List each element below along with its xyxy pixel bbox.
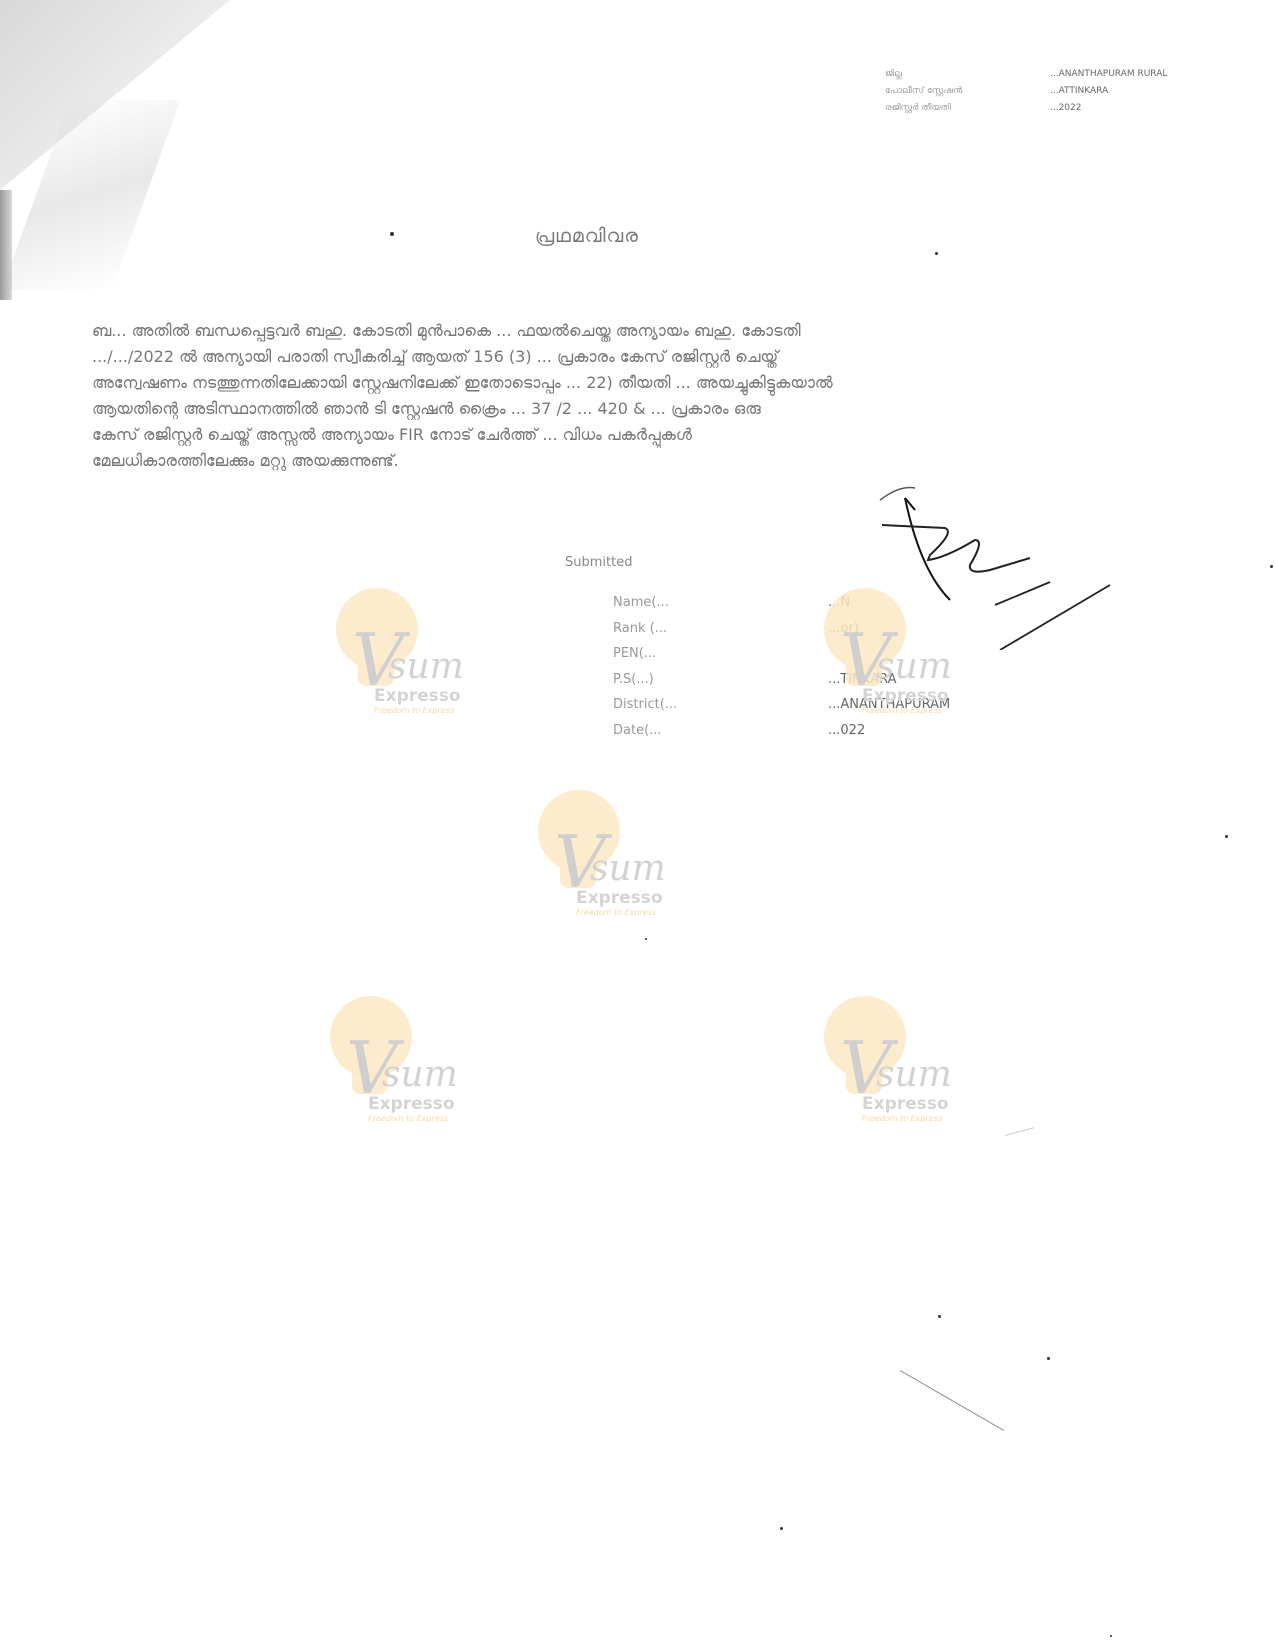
scan-speck xyxy=(1110,1635,1112,1637)
watermark-logo: V sum Expresso Freedom to Express xyxy=(520,790,670,920)
body-line: കേസ് രജിസ്റ്റർ ചെയ്ത് അസ്സൽ അന്യായം FIR … xyxy=(92,422,1067,448)
watermark-tagline: Freedom to Express xyxy=(576,908,656,917)
watermark-logo: V sum Expresso Freedom to Express xyxy=(806,996,956,1126)
body-line: അന്വേഷണം നടത്തുന്നതിലേക്കായി സ്റ്റേഷനിലേ… xyxy=(92,370,1067,396)
watermark-tagline: Freedom to Express xyxy=(862,706,942,715)
watermark-brand: Expresso xyxy=(862,1094,949,1114)
scan-speck xyxy=(938,1315,941,1318)
scan-speck xyxy=(1270,565,1273,568)
document-header: ജില്ല ...ANANTHAPURAM RURAL പോലീസ് സ്റ്റ… xyxy=(885,66,1167,117)
scan-speck xyxy=(645,938,647,940)
header-row-station: പോലീസ് സ്റ്റേഷൻ ...ATTINKARA xyxy=(885,83,1167,100)
watermark-brand: Expresso xyxy=(368,1094,455,1114)
watermark-logo: V sum Expresso Freedom to Express xyxy=(318,588,468,718)
scan-speck xyxy=(935,252,938,255)
watermark-logo: V sum Expresso Freedom to Express xyxy=(312,996,462,1126)
watermark-script: sum xyxy=(388,646,464,687)
scan-speck xyxy=(1225,835,1228,838)
watermark-tagline: Freedom to Express xyxy=(374,706,454,715)
field-date: Date(......022 xyxy=(613,718,950,744)
watermark-script: sum xyxy=(590,848,666,889)
watermark-script: sum xyxy=(876,646,952,687)
watermark-tagline: Freedom to Express xyxy=(862,1114,942,1123)
scan-speck xyxy=(1047,1357,1050,1360)
body-line: ആയതിന്റെ അടിസ്ഥാനത്തിൽ ഞാൻ ടി സ്റ്റേഷൻ ക… xyxy=(92,396,1067,422)
watermark-script: sum xyxy=(876,1054,952,1095)
watermark-logo: V sum Expresso Freedom to Express xyxy=(806,588,956,718)
header-row-date: രജിസ്റ്റർ തീയതി ...2022 xyxy=(885,100,1167,117)
watermark-brand: Expresso xyxy=(374,686,461,706)
body-line: ബ... അതിൽ ബന്ധപ്പെട്ടവർ ബഹു. കോടതി മുൻപാ… xyxy=(92,318,1067,344)
statement-body: ബ... അതിൽ ബന്ധപ്പെട്ടവർ ബഹു. കോടതി മുൻപാ… xyxy=(92,318,1067,474)
document-title: പ്രഥമവിവര xyxy=(535,225,639,247)
body-line: .../.../2022 ൽ അന്യായി പരാതി സ്വീകരിച്ച്… xyxy=(92,344,1067,370)
watermark-brand: Expresso xyxy=(576,888,663,908)
scan-scratch xyxy=(1005,1127,1034,1136)
watermark-tagline: Freedom to Express xyxy=(368,1114,448,1123)
header-row-district: ജില്ല ...ANANTHAPURAM RURAL xyxy=(885,66,1167,83)
watermark-brand: Expresso xyxy=(862,686,949,706)
scan-speck xyxy=(390,232,394,236)
submitted-label: Submitted xyxy=(565,555,632,570)
scan-scratch xyxy=(900,1370,1004,1431)
scan-speck xyxy=(780,1527,783,1530)
watermark-script: sum xyxy=(382,1054,458,1095)
